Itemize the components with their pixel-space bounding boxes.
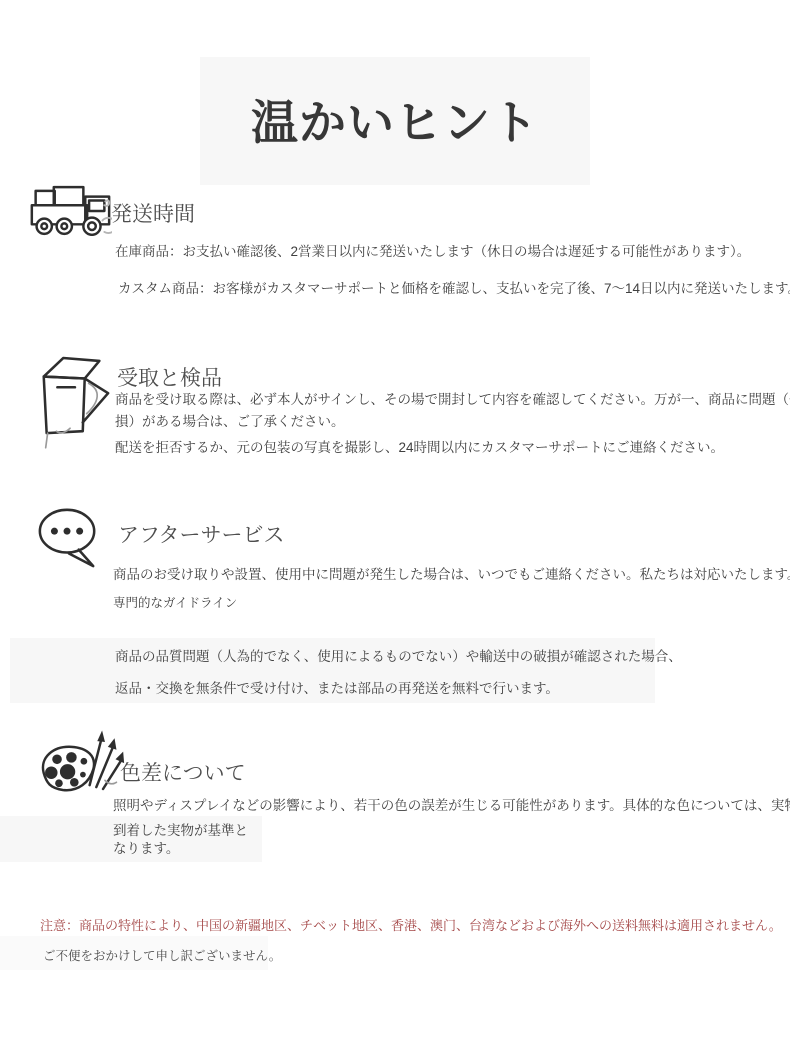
shipping-stock-text: 在庫商品：お支払い確認後、2営業日以内に発送いたします（休日の場合は遅延する可能… bbox=[115, 241, 750, 262]
palette-icon bbox=[35, 727, 127, 805]
apology-text: ご不便をおかけして申し訳ございません。 bbox=[43, 946, 281, 964]
receipt-refuse-text: 配送を拒否するか、元の包装の写真を撮影し、24時間以内にカスタマーサポートにご連… bbox=[115, 437, 724, 458]
afterservice-contact-text: 商品のお受け取りや設置、使用中に問題が発生した場合は、いつでもご連絡ください。私… bbox=[113, 564, 790, 585]
section-heading-shipping: 発送時間 bbox=[111, 198, 195, 228]
receipt-sign-text: 商品を受け取る際は、必ず本人がサインし、その場で開封して内容を確認してください。… bbox=[115, 389, 790, 432]
box-icon bbox=[33, 346, 113, 452]
afterservice-guideline-text: 専門的なガイドライン bbox=[113, 593, 237, 614]
truck-icon bbox=[28, 184, 112, 236]
afterservice-returns-text: 返品・交換を無条件で受け付け、または部品の再発送を無料で行います。 bbox=[115, 678, 559, 699]
shipping-restriction-notice: 注意：商品の特性により、中国の新疆地区、チベット地区、香港、澳门、台湾などおよび… bbox=[40, 915, 782, 934]
section-heading-color: 色差について bbox=[120, 757, 246, 787]
section-heading-afterservice: アフターサービス bbox=[118, 519, 285, 549]
color-basis-text: 到着した実物が基準と なります。 bbox=[113, 822, 248, 857]
speech-bubble-icon bbox=[35, 503, 101, 571]
shipping-custom-text: カスタム商品：お客様がカスタマーサポートと価格を確認し、支払いを完了後、7〜14… bbox=[118, 278, 790, 299]
warm-hints-page: 温かいヒント 発送時間 在庫商品：お支払い確認後、2営業日以内に発送いたします（… bbox=[0, 0, 790, 1064]
page-title: 温かいヒント bbox=[0, 86, 790, 153]
section-heading-receipt: 受取と検品 bbox=[117, 362, 222, 392]
afterservice-quality-text: 商品の品質問題（人為的でなく、使用によるものでない）や輸送中の破損が確認された場… bbox=[115, 646, 682, 667]
color-lighting-text: 照明やディスプレイなどの影響により、若干の色の誤差が生じる可能性があります。具体… bbox=[113, 795, 790, 816]
